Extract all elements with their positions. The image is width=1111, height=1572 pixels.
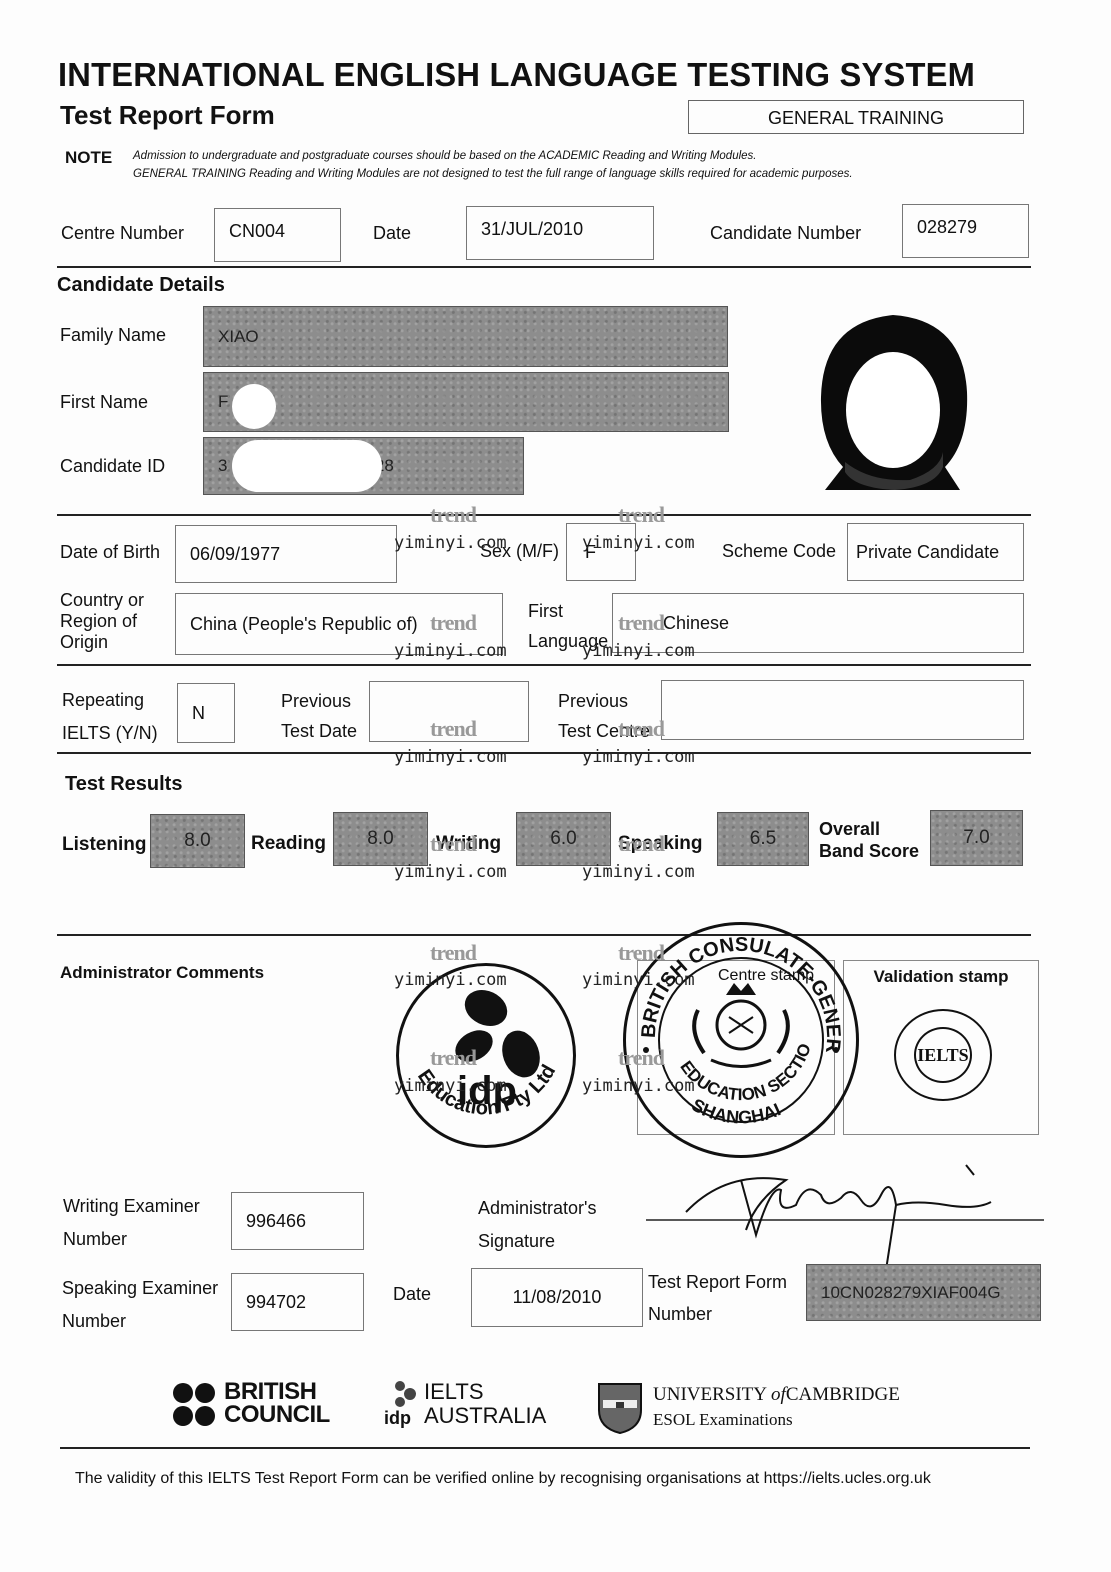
- watermark-text: yiminyi.com: [394, 1076, 507, 1096]
- divider: [57, 266, 1031, 268]
- trf-number-field: 10CN028279XIAF004G: [806, 1264, 1041, 1321]
- overall-band-label: Overall Band Score: [819, 818, 919, 862]
- watermark-logo: trend: [430, 716, 476, 742]
- listening-label: Listening: [62, 834, 146, 856]
- idp-logo-text: idp: [384, 1408, 411, 1429]
- first-name-field: F: [203, 372, 729, 432]
- watermark-text: yiminyi.com: [394, 533, 507, 553]
- watermark-text: yiminyi.com: [582, 641, 695, 661]
- dob-field: 06/09/1977: [175, 525, 397, 583]
- idp-stamp: idp Education Pty Ltd: [396, 963, 576, 1148]
- watermark-text: yiminyi.com: [394, 747, 507, 767]
- listening-score: 8.0: [150, 814, 245, 868]
- family-name-label: Family Name: [60, 325, 166, 346]
- watermark-text: yiminyi.com: [582, 533, 695, 553]
- scheme-code-field: Private Candidate: [847, 523, 1024, 581]
- repeating-field: N: [177, 683, 235, 743]
- document-subtitle: Test Report Form: [60, 100, 275, 131]
- watermark-logo: trend: [430, 831, 476, 857]
- family-name-field: XIAO: [203, 306, 728, 367]
- watermark-text: yiminyi.com: [394, 970, 507, 990]
- divider: [57, 664, 1031, 666]
- family-name-value: XIAO: [218, 327, 259, 347]
- validation-stamp-box: Validation stamp IELTS: [843, 960, 1039, 1135]
- divider: [57, 514, 1031, 516]
- divider: [57, 752, 1031, 754]
- first-name-value: F: [218, 392, 228, 412]
- overall-band-score: 7.0: [930, 810, 1023, 866]
- watermark-logo: trend: [430, 502, 476, 528]
- watermark-text: yiminyi.com: [582, 747, 695, 767]
- note-label: NOTE: [65, 148, 112, 168]
- candidate-photo: [815, 302, 970, 492]
- administrator-signature: [646, 1160, 1046, 1270]
- watermark-text: yiminyi.com: [394, 641, 507, 661]
- watermark-logo: trend: [618, 831, 664, 857]
- idp-figure-icon: [388, 1380, 424, 1408]
- watermark-text: yiminyi.com: [582, 970, 695, 990]
- watermark-logo: trend: [430, 610, 476, 636]
- document-title: INTERNATIONAL ENGLISH LANGUAGE TESTING S…: [58, 56, 975, 94]
- centre-date-field: 31/JUL/2010: [466, 206, 654, 260]
- previous-test-date-label: Previous Test Date: [281, 686, 357, 746]
- watermark-text: yiminyi.com: [582, 862, 695, 882]
- validation-stamp-inner: IELTS: [914, 1027, 972, 1083]
- watermark-logo: trend: [618, 716, 664, 742]
- redaction-mark: [232, 440, 382, 492]
- watermark-logo: trend: [618, 502, 664, 528]
- validation-stamp: IELTS: [894, 1009, 992, 1101]
- candidate-id-label: Candidate ID: [60, 456, 165, 477]
- cambridge-logo: UNIVERSITY ofCAMBRIDGE ESOL Examinations: [597, 1382, 937, 1438]
- speaking-examiner-label: Speaking Examiner Number: [62, 1272, 218, 1338]
- writing-examiner-field: 996466: [231, 1192, 364, 1250]
- test-results-heading: Test Results: [65, 773, 182, 796]
- centre-number-label: Centre Number: [61, 223, 184, 244]
- centre-date-label: Date: [373, 223, 411, 244]
- administrator-comments-label: Administrator Comments: [60, 963, 264, 983]
- candidate-details-heading: Candidate Details: [57, 274, 225, 297]
- previous-test-centre-field: [661, 680, 1024, 740]
- admin-date-field: 11/08/2010: [471, 1268, 643, 1327]
- watermark-logo: trend: [618, 1045, 664, 1071]
- watermark-text: yiminyi.com: [394, 862, 507, 882]
- reading-score: 8.0: [333, 812, 428, 866]
- note-line-2: GENERAL TRAINING Reading and Writing Mod…: [133, 168, 853, 180]
- watermark-text: yiminyi.com: [582, 1076, 695, 1096]
- trf-number-label: Test Report Form Number: [648, 1266, 787, 1330]
- scheme-code-label: Scheme Code: [722, 541, 836, 562]
- watermark-logo: trend: [618, 610, 664, 636]
- country-label: Country or Region of Origin: [60, 590, 144, 653]
- cambridge-shield-icon: [597, 1382, 643, 1434]
- repeating-label: Repeating IELTS (Y/N): [62, 684, 158, 750]
- administrator-signature-label: Administrator's Signature: [478, 1192, 596, 1258]
- admin-date-label: Date: [393, 1284, 431, 1305]
- dob-label: Date of Birth: [60, 542, 160, 563]
- note-line-1: Admission to undergraduate and postgradu…: [133, 150, 757, 162]
- candidate-number-label: Candidate Number: [710, 223, 861, 244]
- candidate-number-field: 028279: [902, 204, 1029, 258]
- watermark-logo: trend: [430, 1045, 476, 1071]
- reading-label: Reading: [251, 833, 326, 855]
- watermark-logo: trend: [430, 940, 476, 966]
- speaking-examiner-field: 994702: [231, 1273, 364, 1331]
- divider: [57, 934, 1031, 936]
- speaking-score: 6.5: [717, 812, 809, 866]
- centre-number-field: CN004: [214, 208, 341, 262]
- watermark-logo: trend: [618, 940, 664, 966]
- validation-stamp-label: Validation stamp: [844, 967, 1038, 987]
- divider: [60, 1447, 1030, 1449]
- footer-verification-text: The validity of this IELTS Test Report F…: [75, 1470, 931, 1488]
- first-name-label: First Name: [60, 392, 148, 413]
- redaction-mark: [232, 384, 276, 429]
- candidate-id-start: 3: [218, 456, 227, 476]
- writing-score: 6.0: [516, 812, 611, 866]
- british-council-logo: BRITISH COUNCIL: [172, 1380, 342, 1430]
- ielts-australia-logo: idp IELTS AUSTRALIA: [384, 1380, 554, 1430]
- module-box: GENERAL TRAINING: [688, 100, 1024, 134]
- writing-examiner-label: Writing Examiner Number: [63, 1190, 200, 1256]
- british-council-dots-icon: [172, 1382, 220, 1428]
